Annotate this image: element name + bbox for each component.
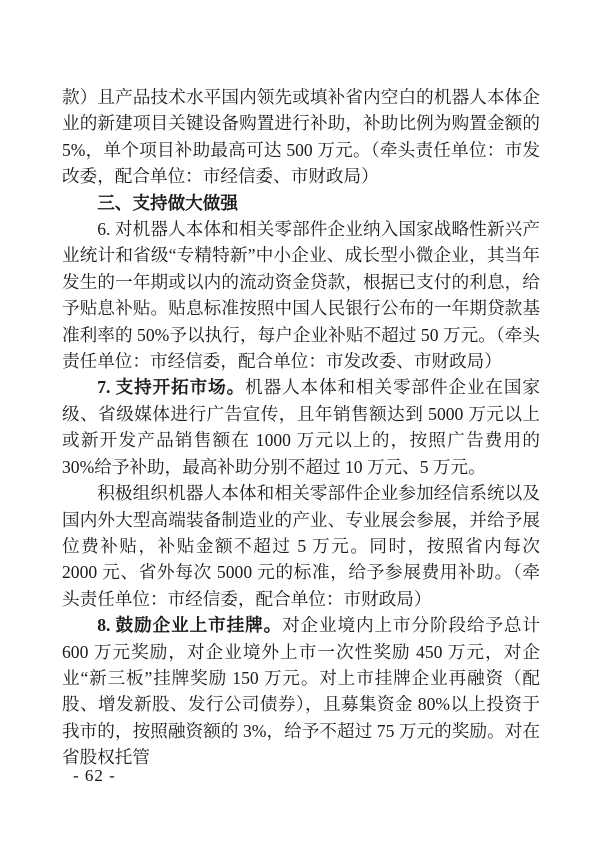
document-page: 款）且产品技术水平国内领先或填补省内空白的机器人本体企业的新建项目关键设备购置进… <box>0 0 600 847</box>
paragraph-item-6: 6. 对机器人本体和相关零部件企业纳入国家战略性新兴产业统计和省级“专精特新”中… <box>62 216 540 374</box>
section-heading: 三、支持做大做强 <box>62 190 540 216</box>
paragraph-item-7-lead: 7. 支持开拓市场。 <box>97 377 245 397</box>
paragraph-item-8-lead: 8. 鼓励企业上市挂牌。 <box>97 615 282 635</box>
paragraph-exhibition-subsidy: 积极组织机器人本体和相关零部件企业参加经信系统以及国内外大型高端装备制造业的产业… <box>62 480 540 612</box>
paragraph-item-8-text: 对企业境内上市分阶段给予总计 600 万元奖励，对企业境外上市一次性奖励 450… <box>62 615 540 767</box>
body-text: 款）且产品技术水平国内领先或填补省内空白的机器人本体企业的新建项目关键设备购置进… <box>62 84 540 771</box>
paragraph-item-8: 8. 鼓励企业上市挂牌。对企业境内上市分阶段给予总计 600 万元奖励，对企业境… <box>62 612 540 770</box>
paragraph-continuation: 款）且产品技术水平国内领先或填补省内空白的机器人本体企业的新建项目关键设备购置进… <box>62 84 540 190</box>
paragraph-item-7: 7. 支持开拓市场。机器人本体和相关零部件企业在国家级、省级媒体进行广告宣传，且… <box>62 374 540 480</box>
page-number: - 62 - <box>73 765 116 787</box>
